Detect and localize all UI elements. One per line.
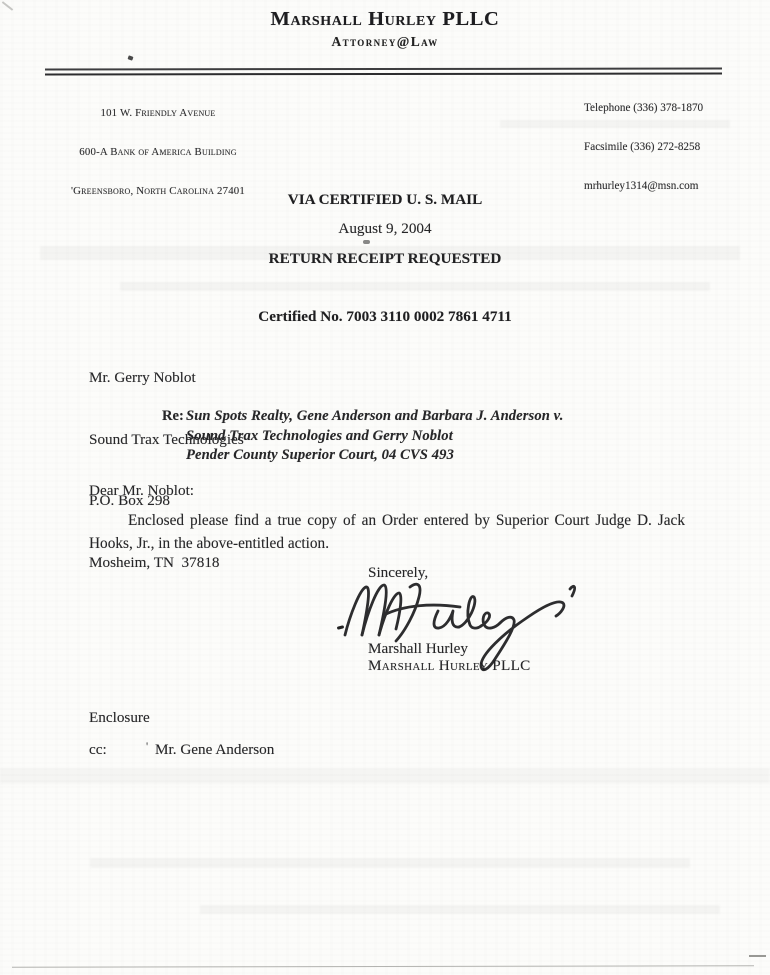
recipient-address-block: Mr. Gerry Noblot Sound Trax Technologies…: [89, 327, 244, 614]
address-line: 101 W. Friendly Avenue: [42, 107, 274, 120]
scan-streak: [90, 858, 690, 868]
mail-notice-line: RETURN RECEIPT REQUESTED: [0, 249, 770, 269]
salutation: Dear Mr. Noblot:: [89, 482, 194, 500]
scan-streak: [200, 905, 720, 914]
scan-speck: [127, 55, 133, 60]
recipient-city-state-zip: Mosheim, TN 37818: [89, 553, 244, 574]
case-caption-line: Sun Spots Realty, Gene Anderson and Barb…: [186, 407, 563, 427]
re-case-caption: Sun Spots Realty, Gene Anderson and Barb…: [186, 407, 563, 466]
body-paragraph: Enclosed please find a true copy of an O…: [89, 510, 685, 555]
letterhead-tagline: Attorney@Law: [0, 34, 770, 50]
scan-streak: [0, 768, 770, 784]
mail-notice-line: VIA CERTIFIED U. S. MAIL: [0, 190, 770, 210]
scan-edge-dash: [749, 955, 766, 957]
cc-line: cc: ' Mr. Gene Anderson: [89, 741, 274, 759]
case-caption-line: Sound Trax Technologies and Gerry Noblot: [186, 427, 563, 447]
handwritten-signature: [332, 577, 600, 679]
scan-speck: [363, 240, 370, 244]
telephone-line: Telephone (336) 378-1870: [584, 102, 764, 115]
case-court-line: Pender County Superior Court, 04 CVS 493: [186, 446, 563, 466]
enclosure-note: Enclosure: [89, 709, 150, 727]
cc-recipient-name: Mr. Gene Anderson: [155, 741, 274, 759]
scanned-letter-page: Marshall Hurley PLLC Attorney@Law 101 W.…: [0, 0, 770, 975]
letterhead-firm-name: Marshall Hurley PLLC: [0, 8, 770, 31]
re-label: Re:: [162, 407, 186, 466]
scan-edge-line: [12, 965, 754, 968]
stray-apostrophe-mark: ': [146, 739, 155, 757]
letter-date: August 9, 2004: [0, 220, 770, 238]
signature-ink-icon: [332, 577, 600, 679]
recipient-name: Mr. Gerry Noblot: [89, 368, 244, 389]
letterhead-double-rule: [45, 68, 722, 76]
re-subject-block: Re: Sun Spots Realty, Gene Anderson and …: [162, 407, 563, 466]
certified-number-line: Certified No. 7003 3110 0002 7861 4711: [0, 307, 770, 327]
cc-label: cc:: [89, 741, 146, 759]
